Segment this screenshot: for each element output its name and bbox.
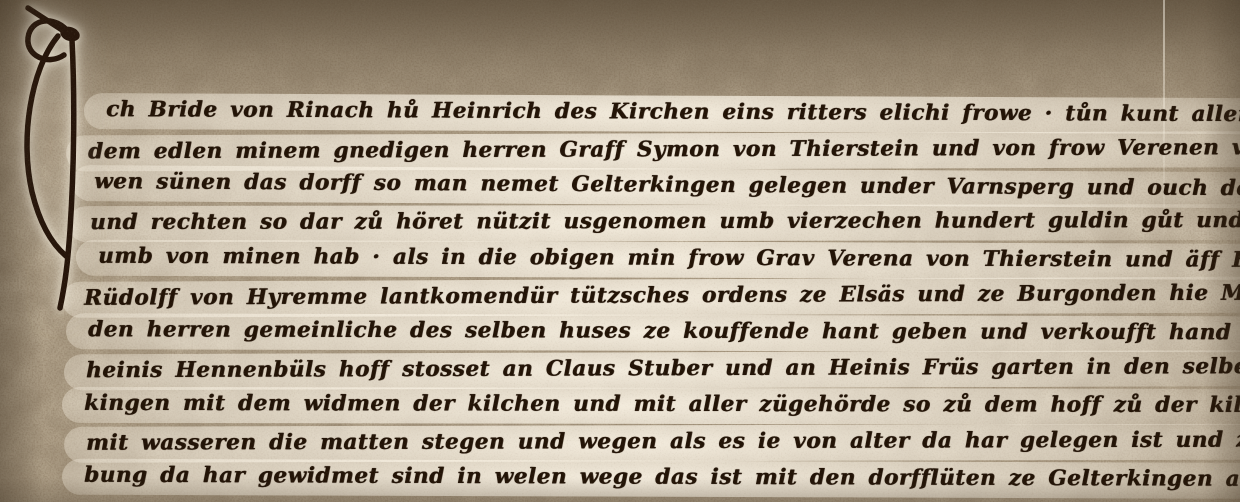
- manuscript-line-6: Rüdolff von Hyremme lantkomendür tützsch…: [62, 276, 1240, 317]
- manuscript-line-10: mit wasseren die matten stegen und wegen…: [64, 423, 1240, 462]
- manuscript-line-7: den herren gemeinliche des selben huses …: [66, 313, 1240, 352]
- manuscript-line-9: kingen mit dem widmen der kilchen und mi…: [62, 387, 1240, 425]
- flourish-left-bulge: [27, 36, 66, 256]
- manuscript-line-1: ch Bride von Rinach hů Heinrich des Kirc…: [84, 93, 1240, 134]
- manuscript-line-2: dem edlen minem gnedigen herren Graff Sy…: [66, 131, 1240, 171]
- manuscript-line-11: bung da har gewidmet sind in welen wege …: [62, 459, 1240, 499]
- manuscript-line-5: umb von minen hab · als in die obigen mi…: [76, 240, 1240, 280]
- manuscript-line-8: heinis Hennenbüls hoff stosset an Claus …: [64, 350, 1240, 390]
- decorative-initial-i-flourish: [0, 0, 130, 330]
- manuscript-line-4: und rechten so dar zů höret nützit usgen…: [68, 204, 1240, 242]
- manuscript-line-3: wen sünen das dorff so man nemet Gelterk…: [72, 165, 1240, 209]
- manuscript-scan: ch Bride von Rinach hů Heinrich des Kirc…: [0, 0, 1240, 502]
- flourish-stem: [60, 40, 74, 308]
